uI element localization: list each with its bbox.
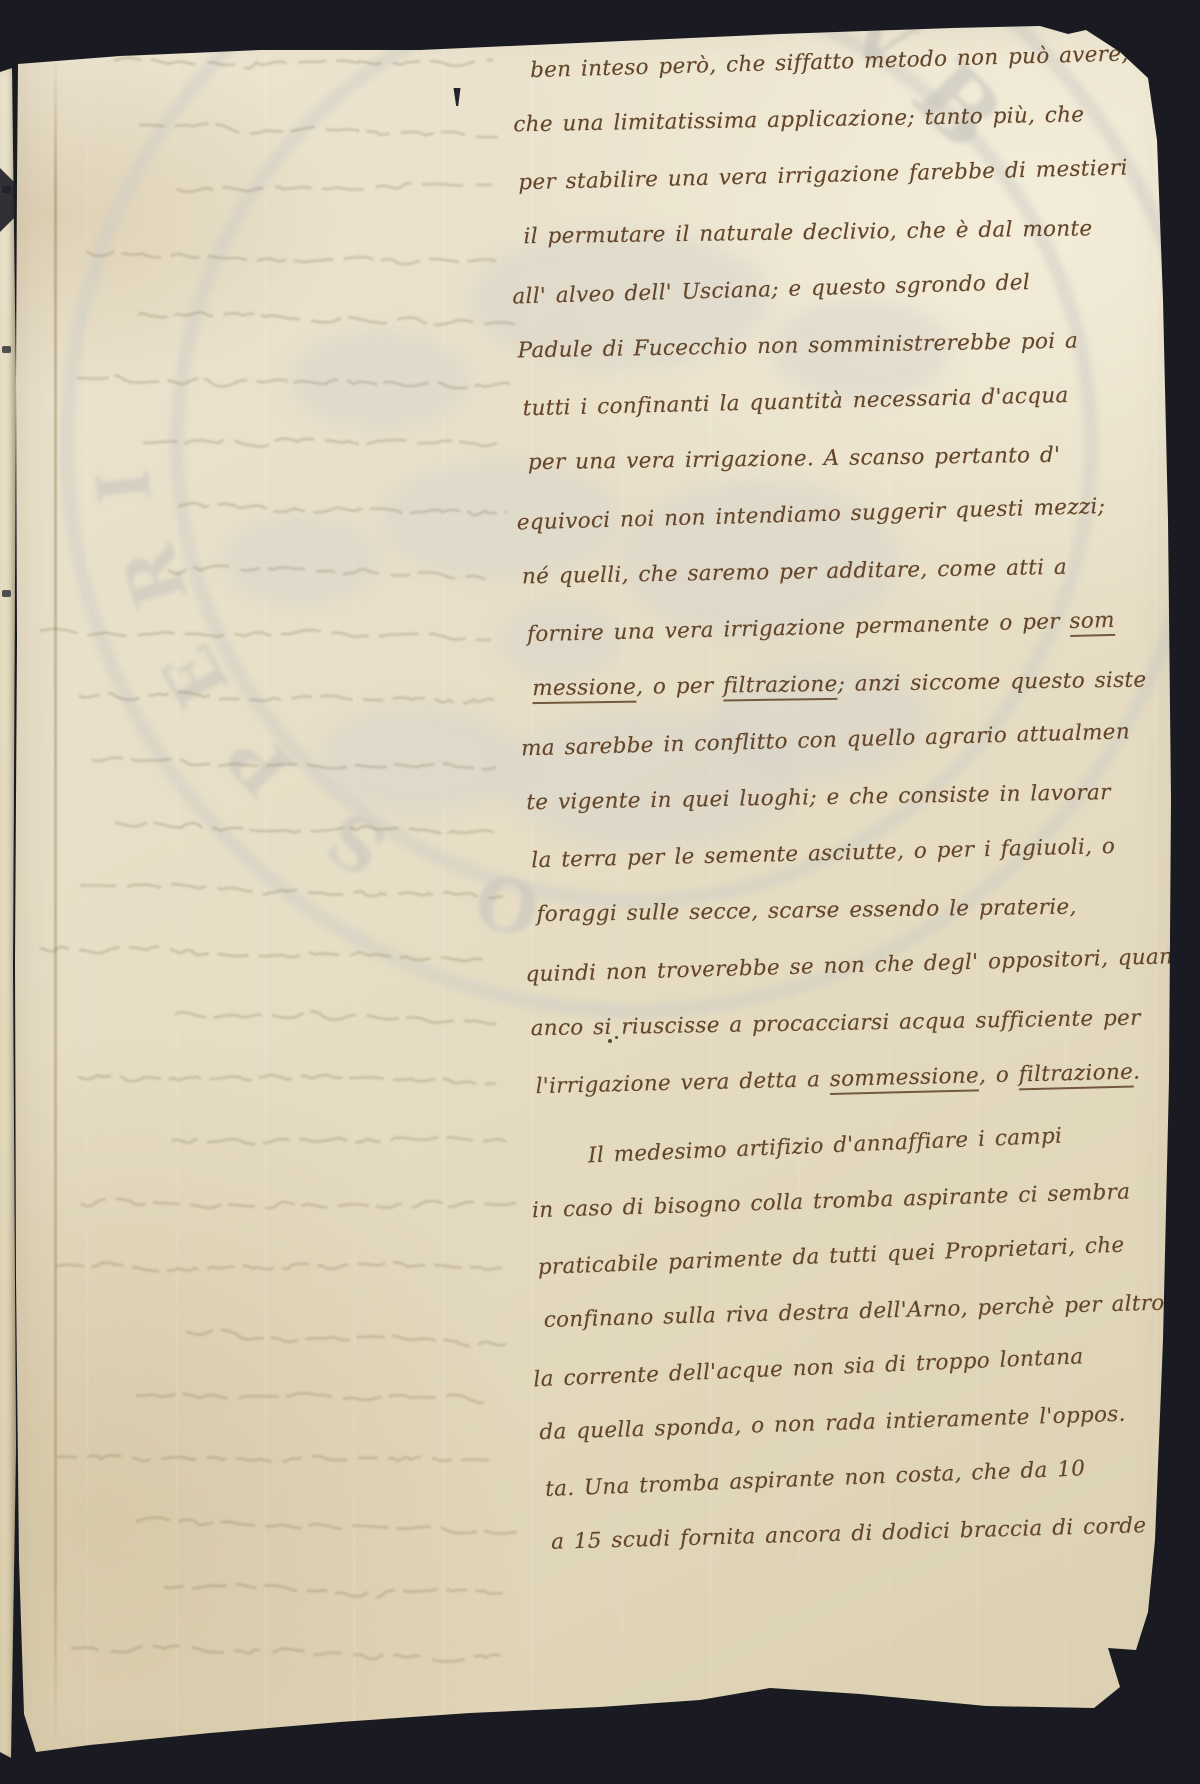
page-edge-shading [0,0,1200,1784]
gutter-shadow [0,168,18,232]
edge-mark [2,346,11,353]
edge-mark [2,590,11,597]
manuscript-page: OSPERIPVB ben inteso però, che siffatto … [0,0,1200,1784]
adjacent-page-edge [0,68,16,1758]
scanned-manuscript-background: OSPERIPVB ben inteso però, che siffatto … [0,0,1200,1784]
